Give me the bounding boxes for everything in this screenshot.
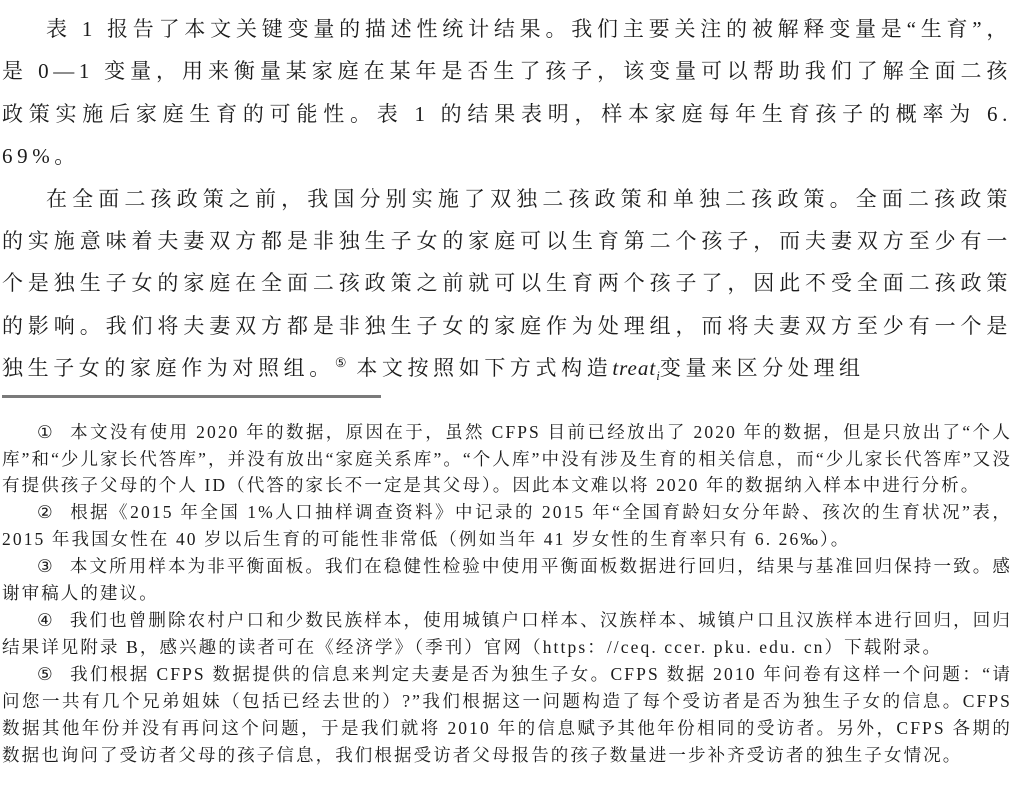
math-treat-variable: treati (612, 356, 660, 380)
footnote-3-text: 本文所用样本为非平衡面板。我们在稳健性检验中使用平衡面板数据进行回归，结果与基准… (2, 556, 1012, 603)
paper-page: 表 1 报告了本文关键变量的描述性统计结果。我们主要关注的被解释变量是“生育”，… (0, 0, 1016, 802)
paragraph2-text-start: 在全面二孩政策之前，我国分别实施了双独二孩政策和单独二孩政策。全面二孩政策的实施… (2, 187, 1012, 381)
math-variable-name: treat (612, 356, 656, 380)
footnote-4-marker: ④ (37, 610, 55, 630)
footnote-3-marker: ③ (37, 556, 55, 576)
body-text: 表 1 报告了本文关键变量的描述性统计结果。我们主要关注的被解释变量是“生育”，… (2, 8, 1012, 390)
body-paragraph-1: 表 1 报告了本文关键变量的描述性统计结果。我们主要关注的被解释变量是“生育”，… (2, 8, 1012, 178)
footnote-separator-rule (2, 395, 381, 398)
footnote-5-marker: ⑤ (37, 664, 55, 684)
body-paragraph-2: 在全面二孩政策之前，我国分别实施了双独二孩政策和单独二孩政策。全面二孩政策的实施… (2, 178, 1012, 390)
footnote-1-text: 本文没有使用 2020 年的数据，原因在于，虽然 CFPS 目前已经放出了 20… (2, 422, 1012, 496)
footnote-5-text: 我们根据 CFPS 数据提供的信息来判定夫妻是否为独生子女。CFPS 数据 20… (2, 664, 1012, 765)
footnote-2-marker: ② (37, 502, 55, 522)
footnotes-section: ①本文没有使用 2020 年的数据，原因在于，虽然 CFPS 目前已经放出了 2… (2, 419, 1012, 769)
footnote-2-text: 根据《2015 年全国 1%人口抽样调查资料》中记录的 2015 年“全国育龄妇… (2, 502, 1012, 549)
footnote-4: ④我们也曾删除农村户口和少数民族样本，使用城镇户口样本、汉族样本、城镇户口且汉族… (2, 607, 1012, 661)
footnote-4-text: 我们也曾删除农村户口和少数民族样本，使用城镇户口样本、汉族样本、城镇户口且汉族样… (2, 610, 1012, 657)
footnote-3: ③本文所用样本为非平衡面板。我们在稳健性检验中使用平衡面板数据进行回归，结果与基… (2, 553, 1012, 607)
footnote-5: ⑤我们根据 CFPS 数据提供的信息来判定夫妻是否为独生子女。CFPS 数据 2… (2, 661, 1012, 769)
footnote-1-marker: ① (37, 422, 55, 442)
footnote-2: ②根据《2015 年全国 1%人口抽样调查资料》中记录的 2015 年“全国育龄… (2, 499, 1012, 553)
footnote-ref-5-superscript: ⑤ (335, 355, 347, 370)
paragraph2-text-end: 变量来区分处理组 (660, 356, 865, 380)
footnote-1: ①本文没有使用 2020 年的数据，原因在于，虽然 CFPS 目前已经放出了 2… (2, 419, 1012, 500)
paragraph2-text-middle: 本文按照如下方式构造 (346, 356, 612, 380)
